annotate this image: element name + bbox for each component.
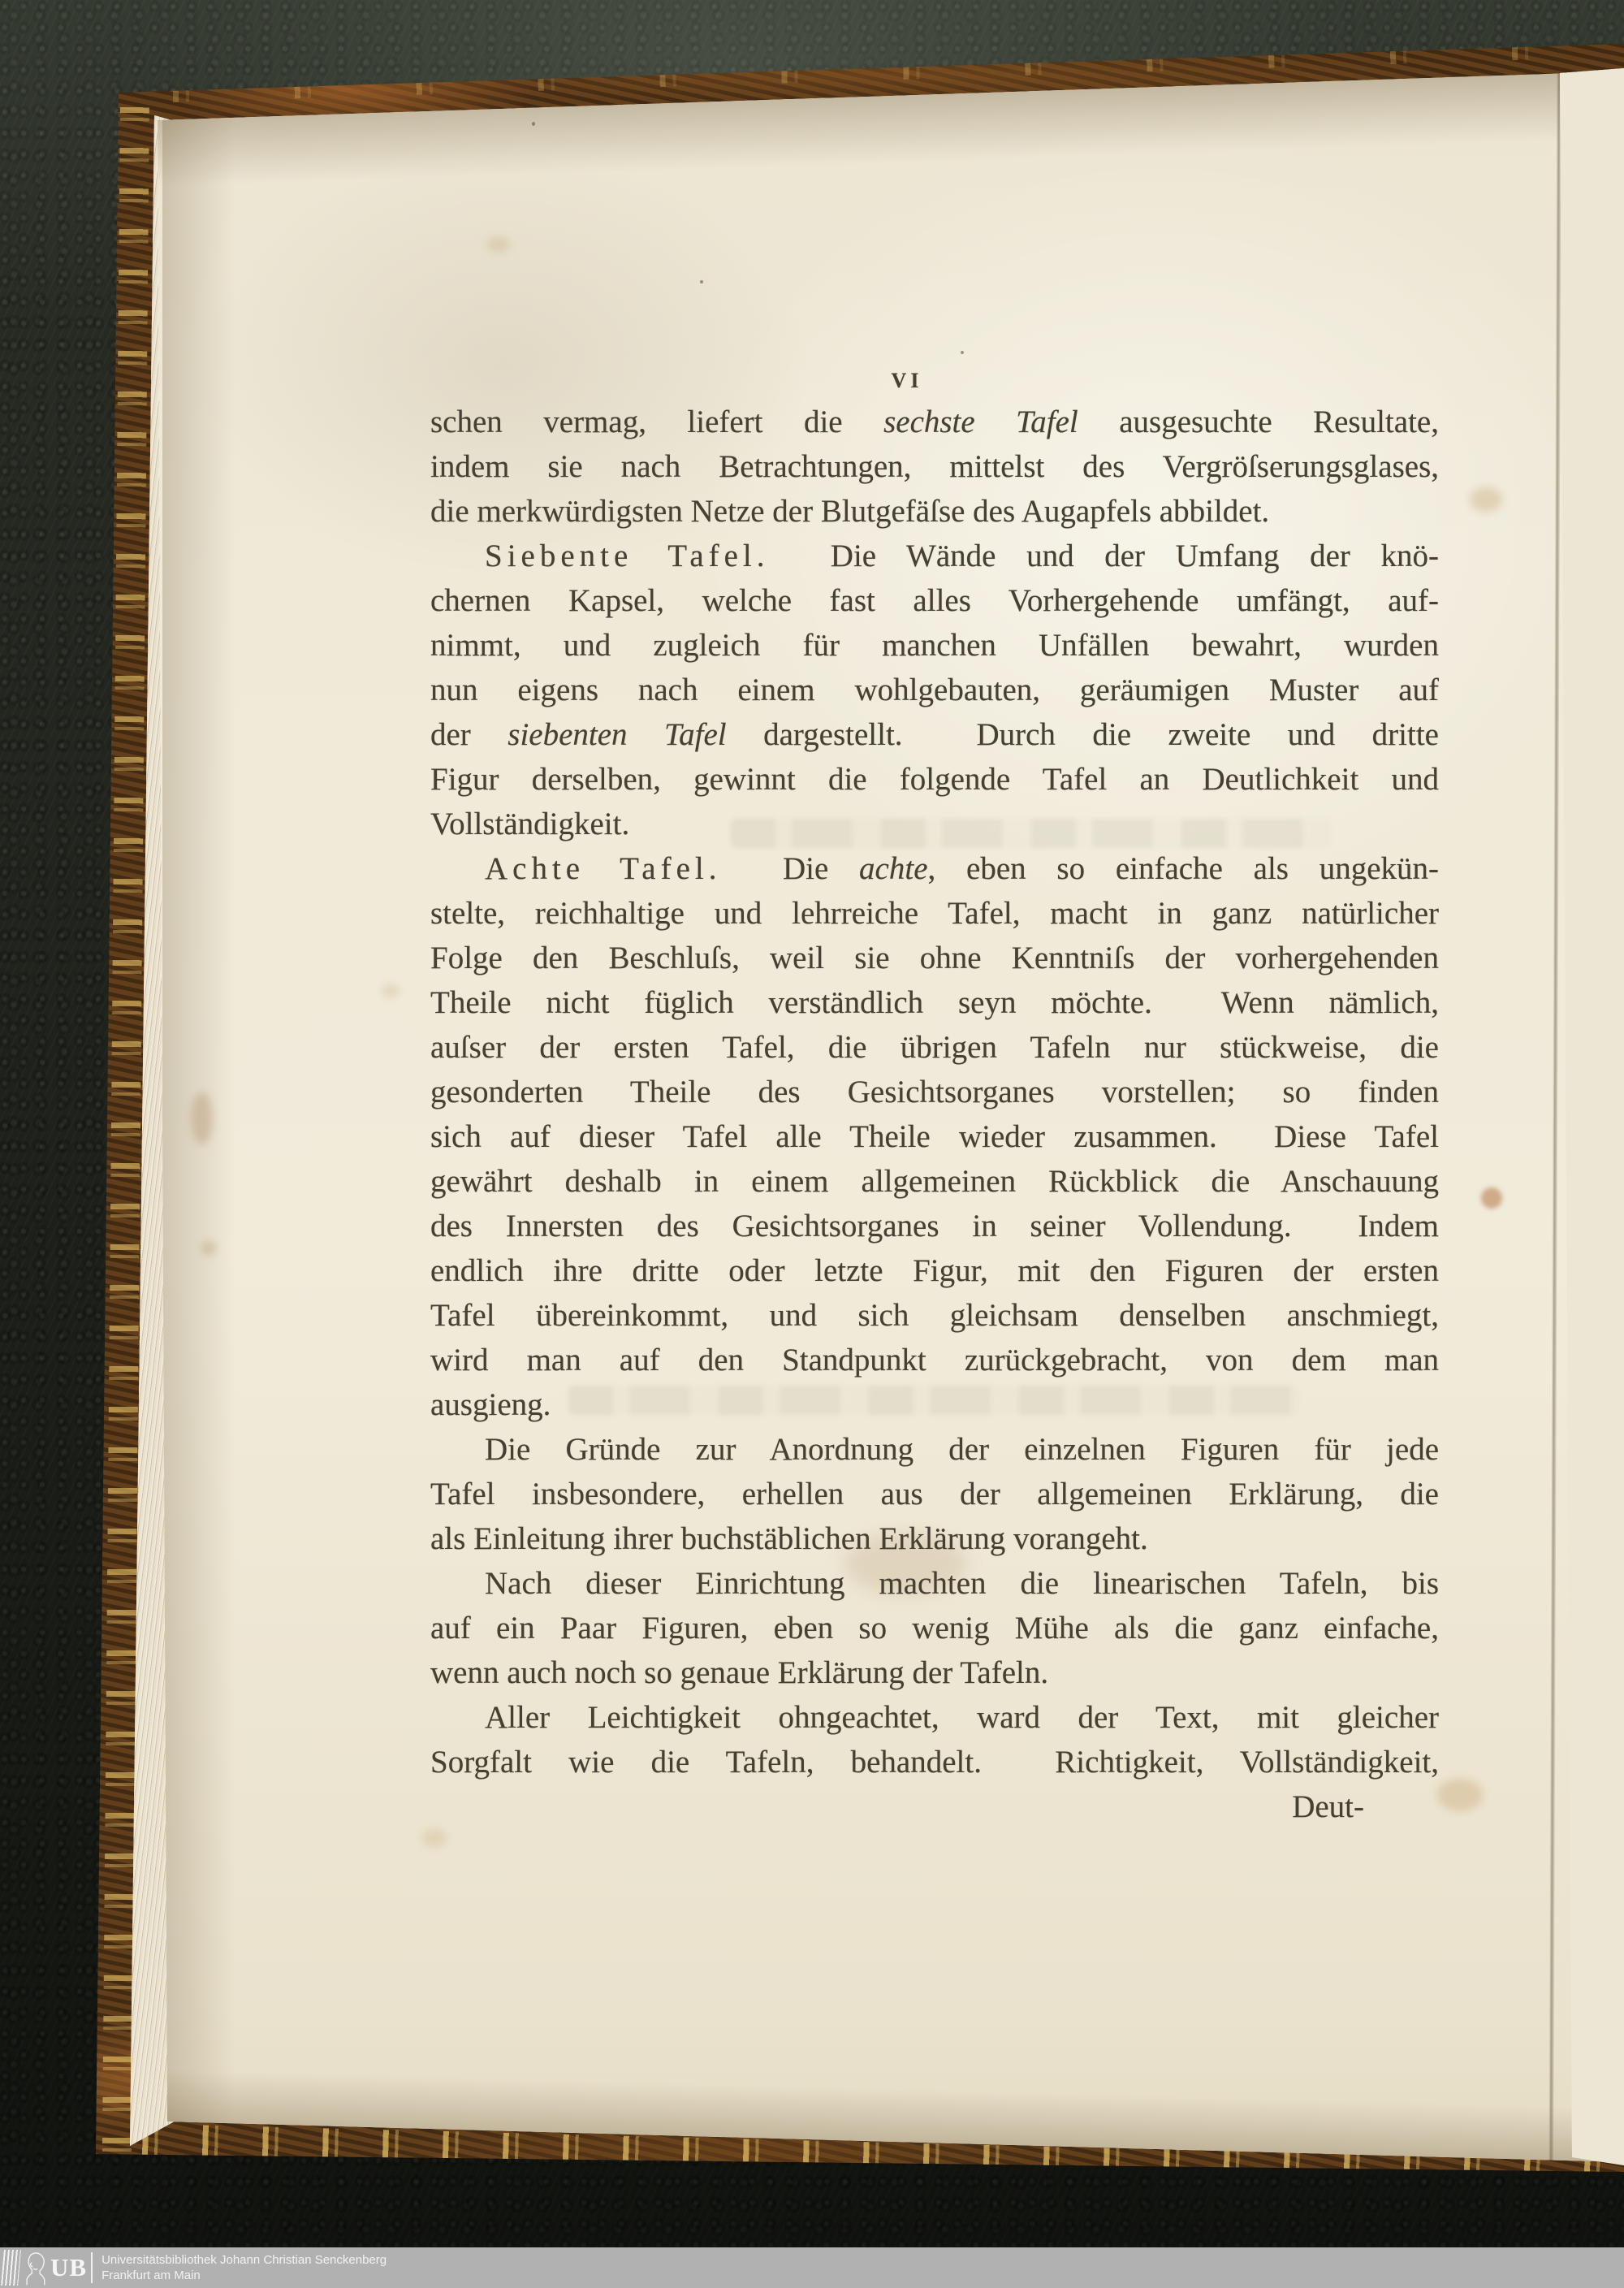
text-segment: Die Gründe zur Anordnung der einzelnen F… [485, 1432, 1439, 1467]
text-segment: ausgieng. [430, 1387, 551, 1422]
text-segment: der [430, 717, 508, 752]
text-segment: auſser der ersten Tafel, die übrigen Taf… [430, 1030, 1439, 1065]
heading-segment: Achte Tafel. [485, 851, 721, 886]
banner-line1: Universitätsbibliothek Johann Christian … [101, 2252, 387, 2268]
text-line: ausgieng. [430, 1382, 1439, 1427]
text-line: gewährt deshalb in einem allgemeinen Rüc… [430, 1159, 1439, 1204]
text-segment: schen vermag, liefert die [430, 404, 883, 439]
text-segment: Theile nicht füglich verständlich seyn m… [430, 985, 1439, 1020]
text-line: wenn auch noch so genaue Erklärung der T… [430, 1650, 1439, 1695]
text-segment: als Einleitung ihrer buchstäblichen Erkl… [430, 1521, 1148, 1556]
text-line: stelte, reichhaltige und lehrreiche Tafe… [430, 891, 1439, 936]
text-segment: stelte, reichhaltige und lehrreiche Tafe… [430, 896, 1439, 931]
ink-speck [961, 351, 964, 354]
text-segment: auf ein Paar Figuren, eben so wenig Mühe… [430, 1611, 1439, 1646]
text-line: indem sie nach Betrachtungen, mittelst d… [430, 444, 1439, 489]
ink-speck [532, 122, 535, 126]
text-line: die merkwürdigsten Netze der Blutgefäſse… [430, 489, 1439, 534]
text-line: Tafel übereinkommt, und sich gleichsam d… [430, 1293, 1439, 1338]
catchword: Deut- [430, 1784, 1439, 1829]
text-line: wird man auf den Standpunkt zurückgebrac… [430, 1338, 1439, 1382]
library-banner: UB Universitätsbibliothek Johann Christi… [0, 2247, 1624, 2288]
text-segment: Sorgfalt wie die Tafeln, behandelt. Rich… [430, 1745, 1439, 1780]
text-segment: dargestellt. Durch die zweite und dritte [727, 717, 1439, 752]
text-segment: Nach dieser Einrichtung machten die line… [485, 1566, 1439, 1601]
text-segment: gewährt deshalb in einem allgemeinen Rüc… [430, 1164, 1439, 1199]
banner-line2: Frankfurt am Main [101, 2268, 387, 2283]
scan-photo: VI schen vermag, liefert die sechste Taf… [0, 0, 1624, 2288]
text-segment: sich auf dieser Tafel alle Theile wieder… [430, 1119, 1439, 1154]
text-line: endlich ihre dritte oder letzte Figur, m… [430, 1248, 1439, 1293]
ink-speck [700, 280, 703, 283]
text-line: Nach dieser Einrichtung machten die line… [430, 1561, 1439, 1606]
text-segment: des Innersten des Gesichtsorganes in sei… [430, 1209, 1439, 1243]
foxing-spot [201, 1241, 216, 1256]
text-segment: , eben so einfache als ungekün- [928, 851, 1439, 886]
text-line: Figur derselben, gewinnt die folgende Ta… [430, 757, 1439, 802]
text-line: Aller Leichtigkeit ohngeachtet, ward der… [430, 1695, 1439, 1740]
page-number: VI [430, 362, 1384, 400]
foxing-spot [1481, 1187, 1502, 1209]
text-line: Die Gründe zur Anordnung der einzelnen F… [430, 1427, 1439, 1472]
foxing-spot [487, 237, 510, 252]
text-line: der siebenten Tafel dargestellt. Durch d… [430, 712, 1439, 757]
text-segment: ausgesuchte Resultate, [1078, 404, 1439, 439]
foxing-spot [422, 1829, 447, 1847]
text-segment: wenn auch noch so genaue Erklärung der T… [430, 1655, 1048, 1690]
page-text: VI schen vermag, liefert die sechste Taf… [430, 362, 1439, 1829]
text-segment: Vollständigkeit. [430, 807, 629, 841]
text-segment: Tafel übereinkommt, und sich gleichsam d… [430, 1298, 1439, 1333]
text-segment: die merkwürdigsten Netze der Blutgefäſse… [430, 494, 1269, 529]
text-line: Achte Tafel. Die achte, eben so einfache… [430, 846, 1439, 891]
text-line: Folge den Beschluſs, weil sie ohne Kennt… [430, 936, 1439, 980]
banner-text: Universitätsbibliothek Johann Christian … [101, 2252, 387, 2283]
ub-logo: UB [0, 2247, 93, 2288]
text-line: Sorgfalt wie die Tafeln, behandelt. Rich… [430, 1740, 1439, 1784]
text-line: auf ein Paar Figuren, eben so wenig Mühe… [430, 1606, 1439, 1650]
italic-segment: siebenten Tafel [508, 717, 726, 752]
heading-segment: Siebente Tafel. [485, 538, 770, 573]
foxing-spot [1470, 487, 1502, 512]
text-line: als Einleitung ihrer buchstäblichen Erkl… [430, 1516, 1439, 1561]
foxing-spot [1437, 1779, 1483, 1811]
text-segment: wird man auf den Standpunkt zurückgebrac… [430, 1343, 1439, 1378]
text-line: Siebente Tafel. Die Wände und der Umfang… [430, 534, 1439, 578]
text-line: schen vermag, liefert die sechste Tafel … [430, 400, 1439, 444]
ub-monogram: UB [50, 2253, 87, 2282]
text-segment: Folge den Beschluſs, weil sie ohne Kennt… [430, 941, 1439, 975]
text-segment: Die Wände und der Umfang der knö- [770, 538, 1439, 573]
logo-bars-icon [1, 2250, 21, 2286]
text-line: auſser der ersten Tafel, die übrigen Taf… [430, 1025, 1439, 1070]
text-line: nimmt, und zugleich für manchen Unfällen… [430, 623, 1439, 668]
text-segment: gesonderten Theile des Gesichtsorganes v… [430, 1075, 1439, 1109]
goethe-portrait-icon [21, 2250, 49, 2286]
text-segment: endlich ihre dritte oder letzte Figur, m… [430, 1253, 1439, 1288]
text-line: des Innersten des Gesichtsorganes in sei… [430, 1204, 1439, 1248]
text-line: Vollständigkeit. [430, 802, 1439, 846]
text-segment: Tafel insbesondere, erhellen aus der all… [430, 1477, 1439, 1512]
text-lines: schen vermag, liefert die sechste Tafel … [430, 400, 1439, 1784]
text-segment: indem sie nach Betrachtungen, mittelst d… [430, 449, 1439, 484]
text-line: gesonderten Theile des Gesichtsorganes v… [430, 1070, 1439, 1114]
text-line: chernen Kapsel, welche fast alles Vorher… [430, 578, 1439, 623]
text-segment: Die [721, 851, 859, 886]
text-line: Tafel insbesondere, erhellen aus der all… [430, 1472, 1439, 1516]
italic-segment: sechste Tafel [883, 404, 1078, 439]
text-line: nun eigens nach einem wohlgebauten, gerä… [430, 668, 1439, 712]
foxing-spot [192, 1092, 213, 1144]
text-segment: Figur derselben, gewinnt die folgende Ta… [430, 762, 1439, 797]
foxing-spot [382, 984, 400, 997]
text-segment: nun eigens nach einem wohlgebauten, gerä… [430, 673, 1439, 707]
logo-divider [91, 2252, 93, 2283]
text-line: sich auf dieser Tafel alle Theile wieder… [430, 1114, 1439, 1159]
text-segment: nimmt, und zugleich für manchen Unfällen… [430, 628, 1439, 663]
text-segment: Aller Leichtigkeit ohngeachtet, ward der… [485, 1700, 1439, 1735]
italic-segment: achte [859, 851, 927, 886]
text-segment: chernen Kapsel, welche fast alles Vorher… [430, 583, 1439, 618]
text-line: Theile nicht füglich verständlich seyn m… [430, 980, 1439, 1025]
